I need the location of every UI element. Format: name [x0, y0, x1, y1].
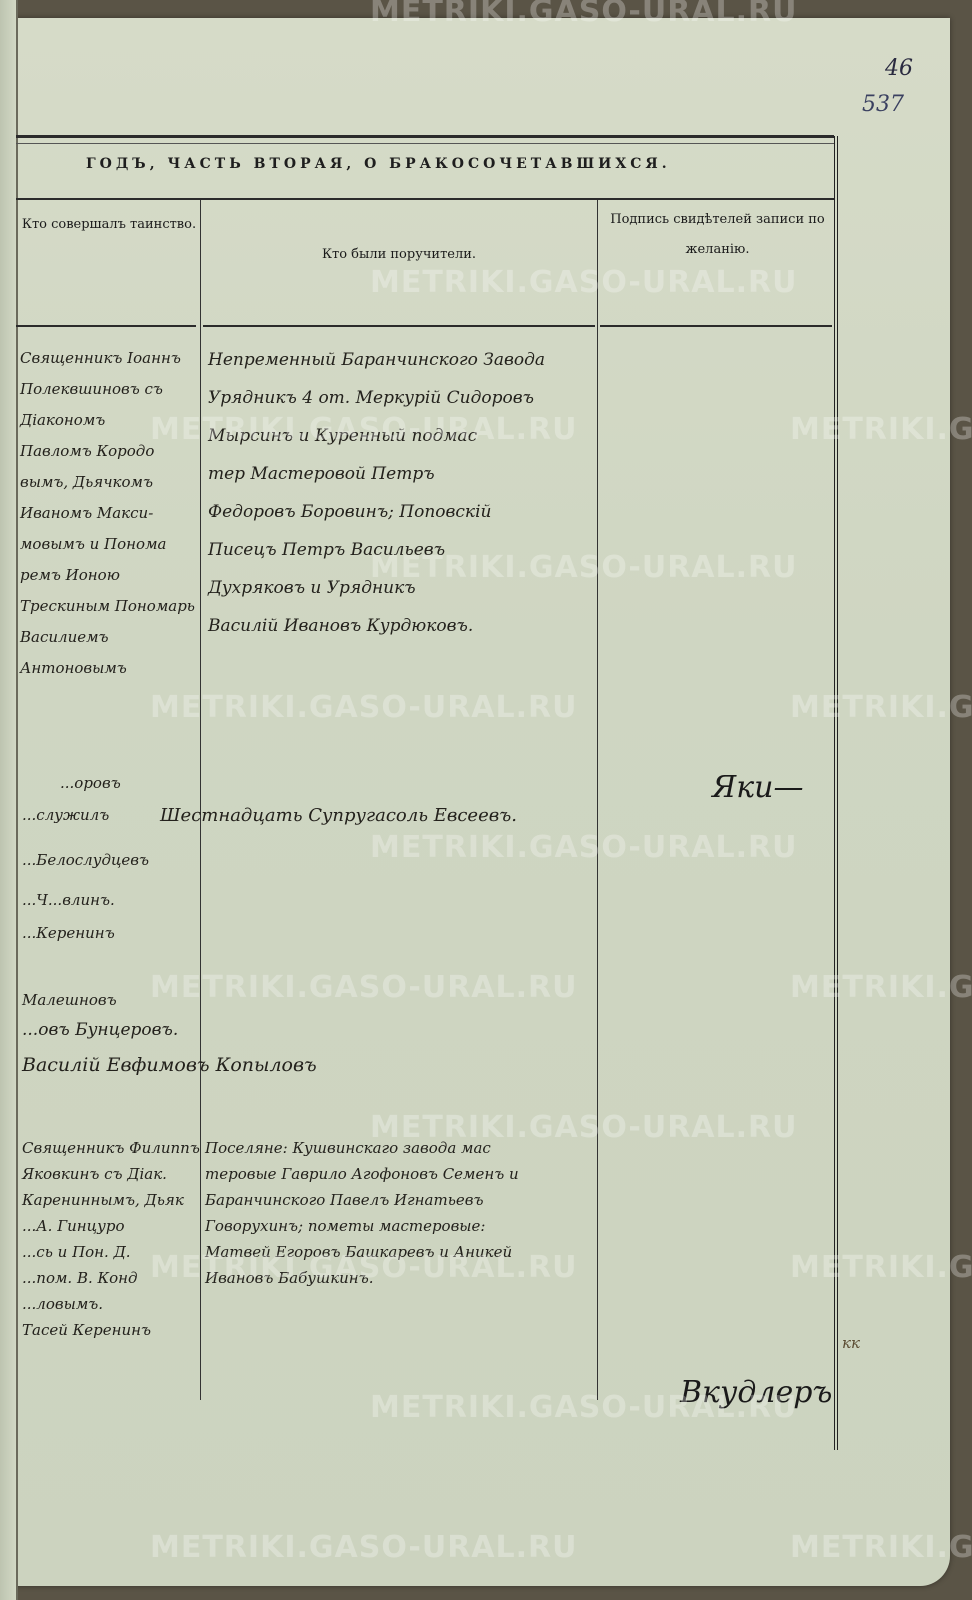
officiant-line: вымъ, Дьячкомъ: [20, 467, 153, 497]
guarantor-line: Урядникъ 4 от. Меркурій Сидоровъ: [208, 383, 534, 414]
officiant-line: Священникъ Іоаннъ: [20, 343, 181, 373]
header-rule-3: [600, 325, 832, 327]
column-header-officiant: Кто совершалъ таинство.: [20, 210, 198, 240]
officiant-line: Полеквшиновъ съ: [20, 374, 163, 404]
officiant-line: Иваномъ Макси-: [20, 498, 153, 528]
guarantor-line: Духряковъ и Урядникъ: [208, 573, 416, 604]
officiant-line: ...Белослудцевъ: [22, 845, 149, 875]
officiant-line: ...служилъ: [22, 800, 109, 830]
officiant-line: ...Ч...влинъ.: [22, 885, 115, 915]
archive-page-number: 537: [862, 92, 904, 117]
witness-signature: Яки—: [712, 770, 803, 805]
officiant-line: Малешновъ: [22, 985, 117, 1015]
officiant-line: мовымъ и Понома: [20, 529, 166, 559]
officiant-line: ремъ Ионою: [20, 560, 120, 590]
guarantor-line: Мырсинъ и Куренный подмас: [208, 421, 477, 452]
officiant-line: Павломъ Кородо: [20, 436, 154, 466]
title-rule: [16, 198, 834, 200]
guarantor-line: Писецъ Петръ Васильевъ: [208, 535, 445, 566]
officiant-line: Антоновымъ: [20, 653, 127, 683]
guarantor-line: Ивановъ Бабушкинъ.: [205, 1263, 373, 1293]
column-header-witness-signatures: Подпись свидѣтелей записи по желанію.: [605, 205, 830, 265]
officiant-line: Василій Евфимовъ Копыловъ: [22, 1050, 317, 1081]
column-header-guarantors: Кто были поручители.: [203, 240, 595, 270]
officiant-line: Тасей Керенинъ: [22, 1315, 151, 1345]
page-title: ГОДЪ, ЧАСТЬ ВТОРАЯ, О БРАКОСОЧЕТАВШИХСЯ.: [86, 156, 786, 172]
guarantor-line: Федоровъ Боровинъ; Поповскій: [208, 497, 491, 528]
folio-number: 46: [885, 56, 913, 81]
margin-note: кк: [842, 1328, 860, 1358]
guarantor-line: Шестнадцать Супругасоль Евсеевъ.: [160, 800, 517, 831]
column-divider-2: [597, 200, 598, 1400]
guarantor-line: Василій Ивановъ Курдюковъ.: [208, 611, 473, 642]
officiant-line: ...овъ Бунцеровъ.: [22, 1015, 178, 1046]
officiant-line: Трескиным Пономарь: [20, 591, 195, 621]
witness-signature: Вкудлеръ: [680, 1375, 832, 1410]
officiant-line: Василиемъ: [20, 622, 109, 652]
officiant-line: ...Керенинъ: [22, 918, 115, 948]
officiant-line: ...оровъ: [60, 768, 121, 798]
header-rule-2: [203, 325, 595, 327]
guarantor-line: тер Мастеровой Петръ: [208, 459, 435, 490]
guarantor-line: Непременный Баранчинского Завода: [208, 345, 545, 376]
header-rule-1: [16, 325, 196, 327]
officiant-line: Діакономъ: [20, 405, 105, 435]
